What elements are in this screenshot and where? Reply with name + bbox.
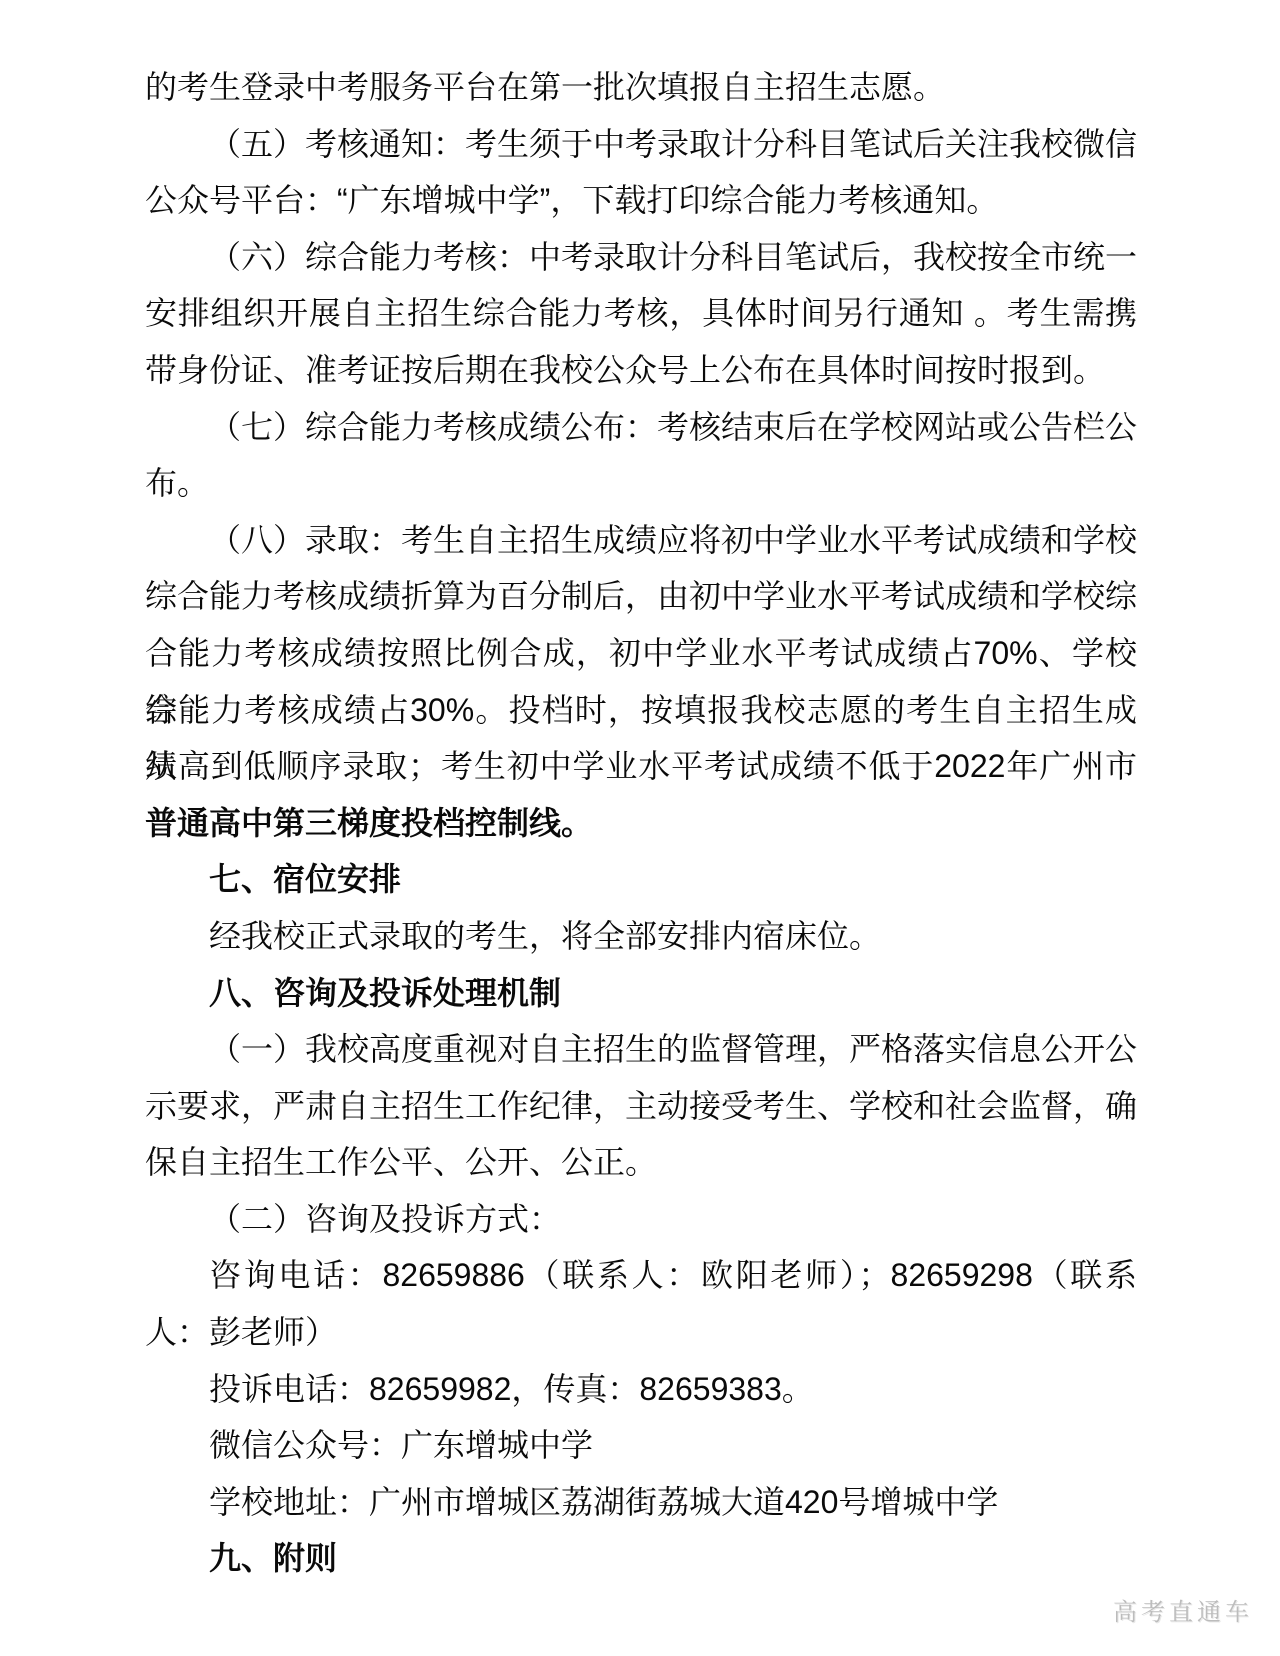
text-line-8: 布。 (145, 455, 1137, 512)
text-line-12: 合能力考核成绩占30%。投档时，按填报我校志愿的考生自主招生成绩 (145, 682, 1137, 739)
text-line-20: 保自主招生工作公平、公开、公正。 (145, 1134, 1137, 1191)
text-line-24: 投诉电话：82659982，传真：82659383。 (145, 1361, 1137, 1418)
text-line-16: 经我校正式录取的考生，将全部安排内宿床位。 (145, 908, 1137, 965)
text-line-25: 微信公众号：广东增城中学 (145, 1417, 1137, 1474)
text-line-27: 九、附则 (145, 1530, 1137, 1587)
text-line-13: 从高到低顺序录取；考生初中学业水平考试成绩不低于2022年广州市 (145, 738, 1137, 795)
text-line-11: 合能力考核成绩按照比例合成，初中学业水平考试成绩占70%、学校综 (145, 625, 1137, 682)
watermark: 高考直通车 (1113, 1598, 1253, 1628)
text-line-26: 学校地址：广州市增城区荔湖街荔城大道420号增城中学 (145, 1474, 1137, 1531)
text-line-3: 公众号平台：“广东增城中学”，下载打印综合能力考核通知。 (145, 172, 1137, 229)
text-line-21: （二）咨询及投诉方式： (145, 1191, 1137, 1248)
text-line-18: （一）我校高度重视对自主招生的监督管理，严格落实信息公开公 (145, 1021, 1137, 1078)
text-line-1: 的考生登录中考服务平台在第一批次填报自主招生志愿。 (145, 59, 1137, 116)
text-line-23: 人：彭老师） (145, 1304, 1137, 1361)
text-line-2: （五）考核通知：考生须于中考录取计分科目笔试后关注我校微信 (145, 116, 1137, 173)
text-line-17: 八、咨询及投诉处理机制 (145, 965, 1137, 1022)
text-line-6: 带身份证、准考证按后期在我校公众号上公布在具体时间按时报到。 (145, 342, 1137, 399)
text-line-7: （七）综合能力考核成绩公布：考核结束后在学校网站或公告栏公 (145, 399, 1137, 456)
text-line-19: 示要求，严肃自主招生工作纪律，主动接受考生、学校和社会监督，确 (145, 1078, 1137, 1135)
document-body: 的考生登录中考服务平台在第一批次填报自主招生志愿。（五）考核通知：考生须于中考录… (145, 59, 1137, 1587)
text-line-9: （八）录取：考生自主招生成绩应将初中学业水平考试成绩和学校 (145, 512, 1137, 569)
text-line-14: 普通高中第三梯度投档控制线。 (145, 795, 1137, 852)
text-line-22: 咨询电话：82659886（联系人：欧阳老师）；82659298（联系 (145, 1247, 1137, 1304)
text-line-15: 七、宿位安排 (145, 851, 1137, 908)
text-line-4: （六）综合能力考核：中考录取计分科目笔试后，我校按全市统一 (145, 229, 1137, 286)
text-line-10: 综合能力考核成绩折算为百分制后，由初中学业水平考试成绩和学校综 (145, 568, 1137, 625)
text-line-5: 安排组织开展自主招生综合能力考核，具体时间另行通知 。考生需携 (145, 285, 1137, 342)
document-page: 的考生登录中考服务平台在第一批次填报自主招生志愿。（五）考核通知：考生须于中考录… (0, 0, 1280, 1656)
